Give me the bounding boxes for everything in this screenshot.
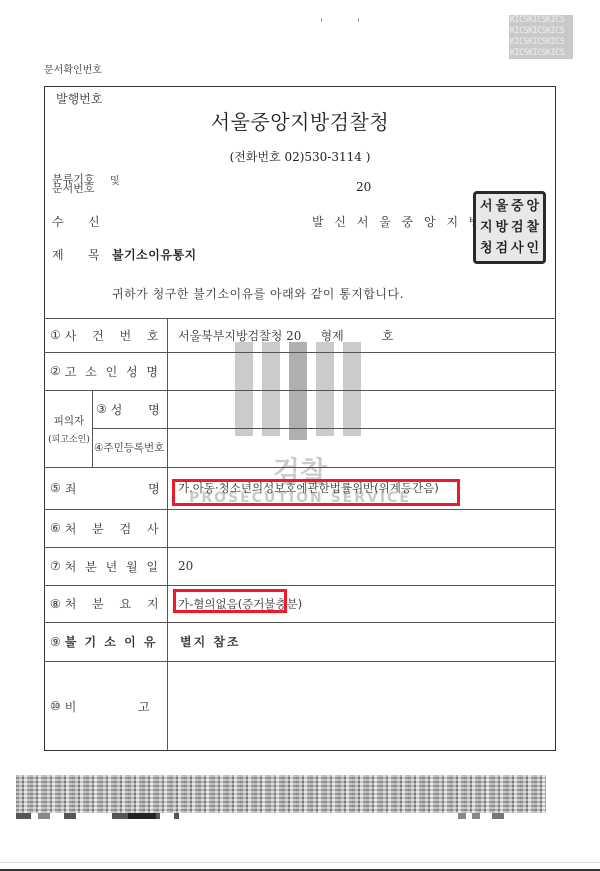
phone-number: (전화번호 02)530-3114 ): [0, 148, 600, 165]
logo-bar: [262, 342, 280, 436]
row-number: ⑤: [50, 481, 61, 495]
redaction-fragment: [492, 813, 504, 819]
row-label-text: 성 명: [111, 401, 160, 418]
notice-text: 귀하가 청구한 불기소이유를 아래와 같이 통지합니다.: [112, 285, 404, 302]
disposition-highlight: [173, 589, 287, 613]
logo-bar: [343, 342, 361, 436]
subject: 불기소이유통지: [112, 246, 197, 263]
logo-bar: [289, 342, 307, 440]
scan-mark: ': [320, 18, 323, 29]
row-label-text: 사 건 번 호: [65, 327, 165, 344]
row-label-prosecutor: ⑥ 처 분 검 사: [50, 509, 162, 547]
redaction-fragment: [174, 813, 179, 819]
row-label-suspect-name: ③ 성 명: [96, 390, 164, 428]
seal-char: 앙: [526, 197, 541, 217]
prosecution-logo-watermark: [235, 342, 361, 450]
redaction-fragment: [458, 813, 466, 819]
seal-char: 방: [495, 218, 510, 238]
row-label-text: 불 기 소 이 유: [65, 633, 156, 650]
charge-highlight: [172, 479, 460, 506]
agency-title: 서울중앙지방검찰청: [0, 106, 600, 135]
redaction-fragment: [64, 813, 76, 819]
row-number: ③: [96, 402, 107, 416]
column-divider: [167, 318, 168, 751]
issue-number-label: 발행번호: [56, 90, 102, 107]
seal-char: 검: [510, 218, 525, 238]
row-label-text: 처 분 요 지: [65, 595, 159, 612]
subject-label-1: 제: [52, 246, 64, 263]
disposition-date-value: 20: [178, 547, 193, 585]
recipient-label-1: 수: [52, 213, 64, 230]
row-label-complainant-name: ② 고 소 인 성 명: [50, 352, 162, 390]
row-label-text: 처 분 년 월 일: [65, 558, 158, 575]
logo-bar: [235, 342, 253, 436]
scan-edge: [0, 862, 600, 863]
redaction-fragment: [38, 813, 50, 819]
row-label-remarks: ⑩ 비 고: [50, 661, 162, 751]
redaction-fragment: [128, 813, 156, 819]
seal-char: 검: [495, 238, 510, 258]
row-label-case-number: ① 사 건 번 호: [50, 318, 162, 352]
row-number: ⑥: [50, 521, 61, 535]
row-number: ⑧: [50, 597, 61, 611]
row-number: ②: [50, 364, 61, 378]
kics-line: KICSKICSKICS: [510, 37, 573, 48]
row-number: ⑩: [50, 699, 61, 713]
non-indictment-reason-value: 별지 참조: [180, 622, 241, 661]
kics-line: KICSKICSKICS: [510, 48, 573, 59]
classification-and: 및: [110, 172, 120, 187]
row-label-disposition-date: ⑦ 처 분 년 월 일: [50, 547, 162, 585]
seal-char: 청: [479, 238, 494, 258]
row-label-text: 죄 명: [65, 480, 160, 497]
seal-char: 인: [526, 238, 541, 258]
seal-char: 울: [495, 197, 510, 217]
classification-label: 분류기호 문서번호: [52, 175, 95, 193]
row-label-resident-number: ④ 주민등록번호: [94, 428, 166, 467]
row-number: ④: [94, 442, 103, 454]
subject-label-2: 목: [88, 246, 100, 263]
document-year: 20: [356, 180, 371, 194]
seal-char: 사: [510, 238, 525, 258]
scan-mark: ': [357, 18, 360, 29]
kics-stamp: KICSKICSKICS KICSKICSKICS KICSKICSKICS K…: [509, 15, 573, 59]
row-label-text: 주민등록번호: [103, 440, 164, 455]
row-label-disposition-summary: ⑧ 처 분 요 지: [50, 585, 162, 622]
official-seal: 서 울 중 앙 지 방 검 찰 청 검 사 인: [473, 191, 546, 264]
seal-char: 지: [479, 218, 494, 238]
row-label-text: 비 고: [65, 698, 150, 715]
row-label-charge: ⑤ 죄 명: [50, 467, 162, 509]
recipient-label-2: 신: [88, 213, 100, 230]
kics-line: KICSKICSKICS: [510, 26, 573, 37]
column-divider: [92, 390, 93, 467]
document-confirm-number-label: 문서확인번호: [44, 61, 102, 76]
case-number-value: 서울북부지방검찰청 20 형제 호: [178, 318, 393, 352]
seal-char: 찰: [526, 218, 541, 238]
seal-char: 서: [479, 197, 494, 217]
redaction-fragment: [472, 813, 480, 819]
row-label-text: 고 소 인 성 명: [65, 363, 161, 380]
kics-line: KICSKICSKICS: [510, 15, 573, 26]
logo-bar: [316, 342, 334, 436]
row-label-text: 처 분 검 사: [65, 520, 159, 537]
suspect-label-line2: (피고소인): [48, 432, 90, 445]
row-label-non-indictment-reason: ⑨ 불 기 소 이 유: [50, 622, 162, 661]
seal-char: 중: [510, 197, 525, 217]
redaction-fragment: [16, 813, 31, 819]
row-number: ⑨: [50, 635, 61, 649]
row-number: ①: [50, 328, 61, 342]
classification-label-line2: 문서번호: [52, 184, 95, 193]
row-number: ⑦: [50, 559, 61, 573]
suspect-group-label: 피의자 (피고소인): [46, 390, 92, 467]
suspect-label-line1: 피의자: [54, 413, 84, 428]
redacted-footer: [16, 775, 546, 813]
